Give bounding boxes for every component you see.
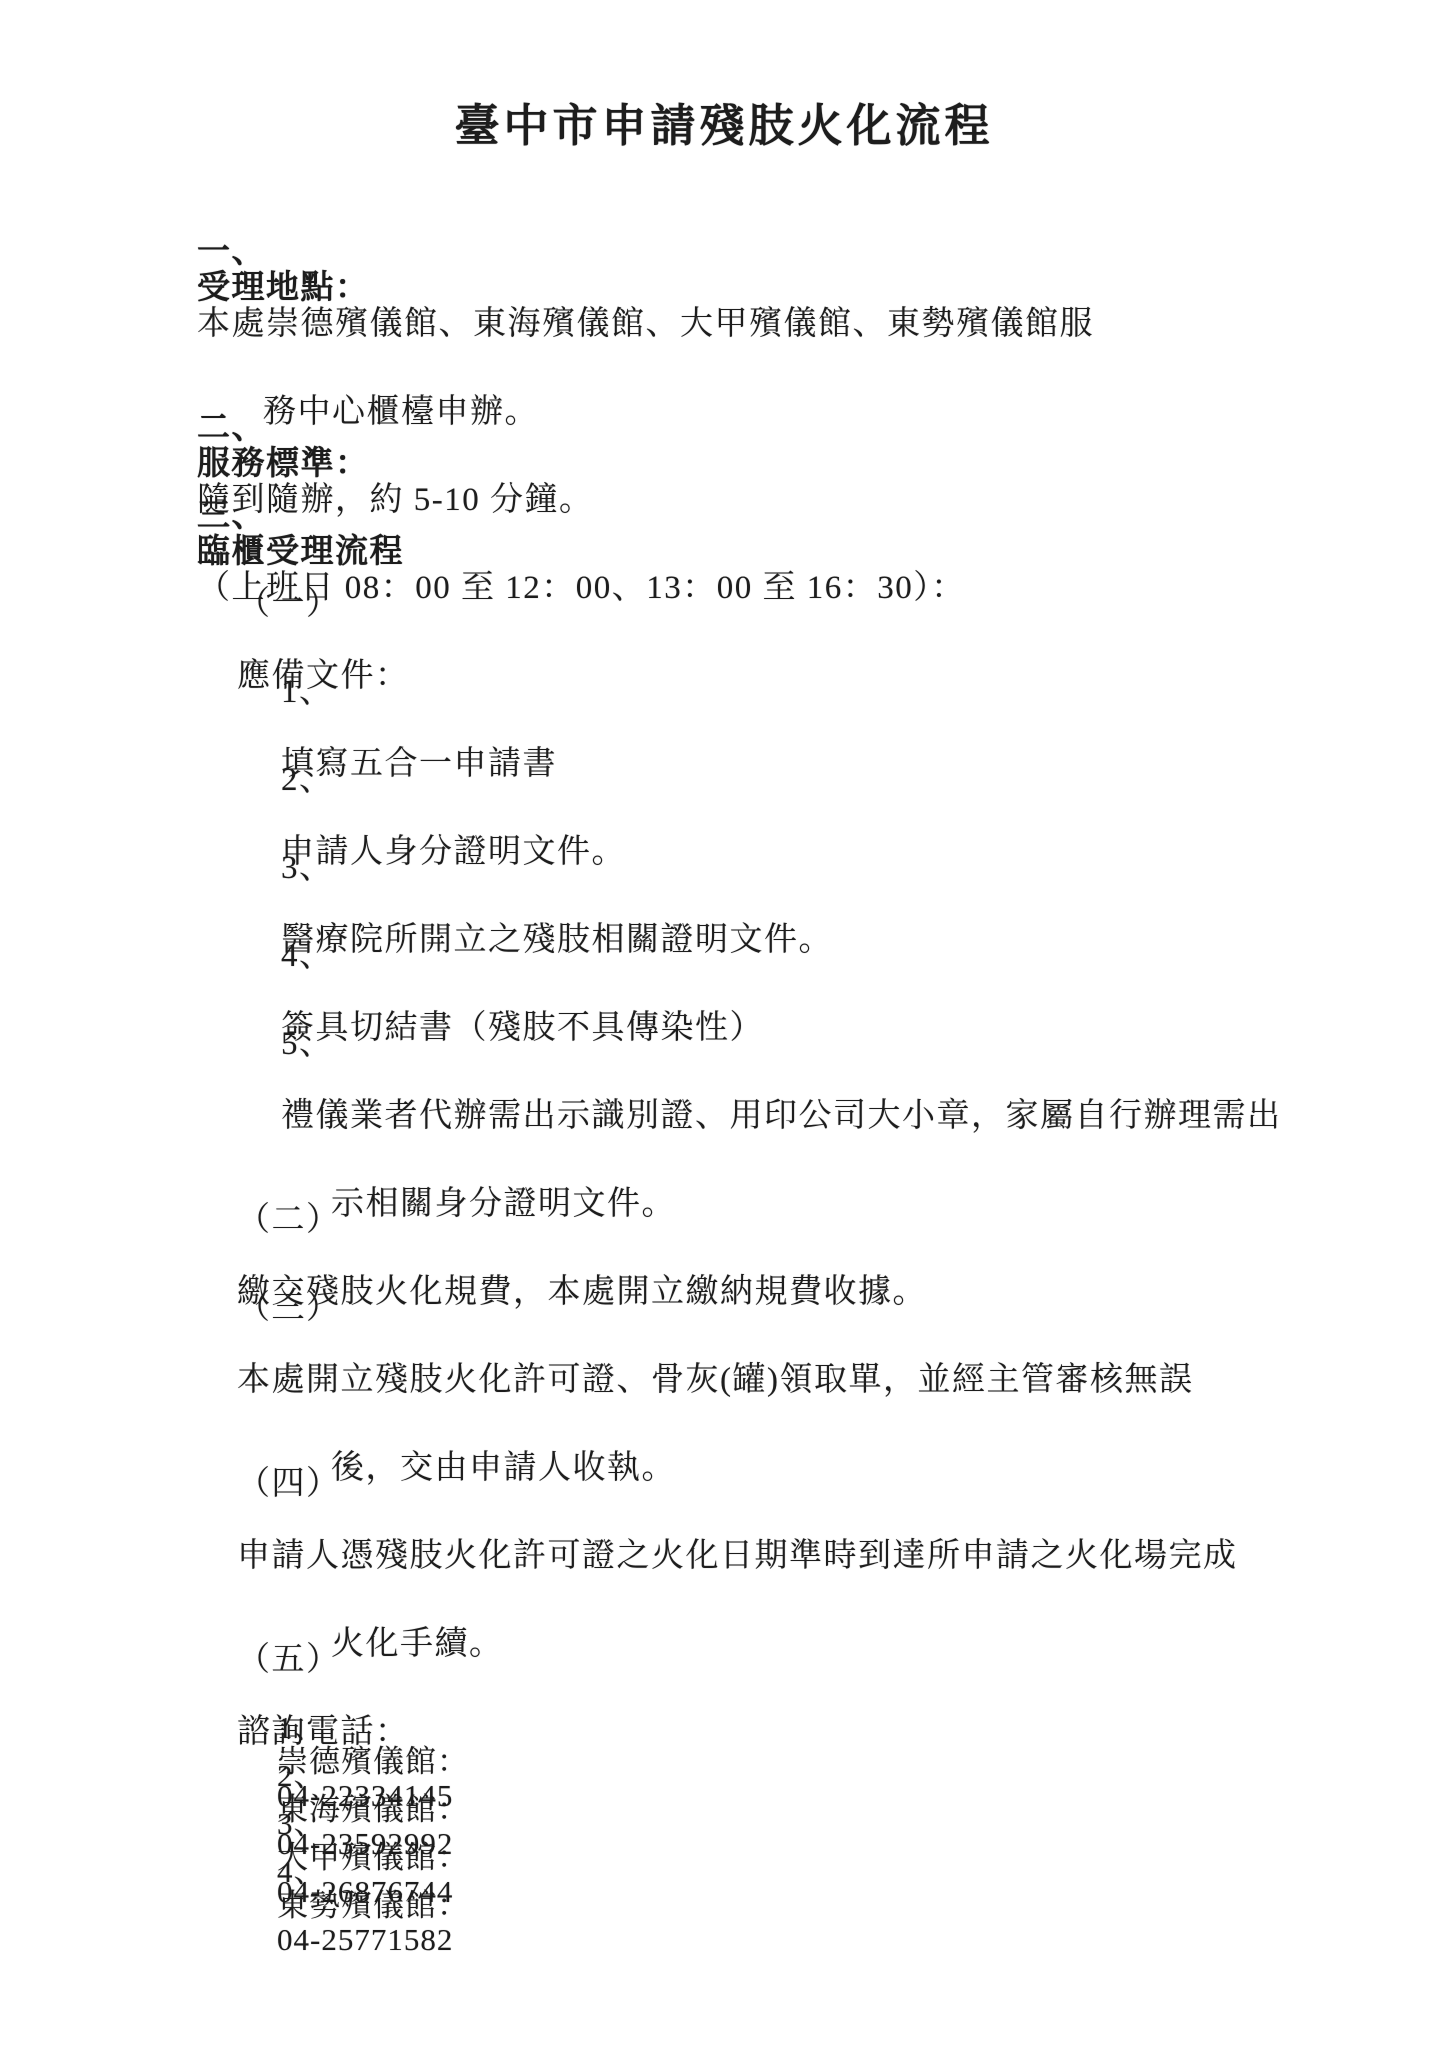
line-marker: 三、 [197, 498, 266, 534]
document-line: 一、 受理地點： 本處崇德殯儀館、東海殯儀館、大甲殯儀館、東勢殯儀館服 [0, 198, 1448, 234]
line-text: 禮儀業者代辦需出示識別證、用印公司大小章，家屬自行辦理需出 [281, 1098, 1282, 1134]
line-marker: 5、 [281, 1026, 334, 1062]
line-label: 東勢殯儀館： [277, 1888, 469, 1923]
line-text: 簽具切結書（殘肢不具傳染性） [281, 1010, 764, 1046]
line-marker: 2、 [281, 762, 334, 798]
line-marker: 3、 [281, 850, 334, 886]
document-title: 臺中市申請殘肢火化流程 [0, 102, 1448, 150]
document-body: 一、 受理地點： 本處崇德殯儀館、東海殯儀館、大甲殯儀館、東勢殯儀館服 務中心櫃… [0, 198, 1448, 1855]
line-text: 醫療院所開立之殘肢相關證明文件。 [281, 922, 833, 958]
line-label: 服務標準： [197, 446, 370, 482]
document-line: 4、 東勢殯儀館： 04-25771582 [0, 1821, 1448, 1855]
line-marker: （二） [237, 1202, 341, 1238]
line-text: 04-25771582 [277, 1922, 453, 1957]
line-text: 本處崇德殯儀館、東海殯儀館、大甲殯儀館、東勢殯儀館服 [197, 306, 1094, 342]
document-line: 3、 醫療院所開立之殘肢相關證明文件。 [0, 814, 1448, 850]
document-line: （四） 申請人憑殘肢火化許可證之火化日期準時到達所申請之火化場完成 [0, 1430, 1448, 1466]
line-marker: 3、 [277, 1806, 326, 1841]
line-marker: （四） [237, 1466, 341, 1502]
line-text: 後，交由申請人收執。 [331, 1450, 676, 1486]
document-line: 2、 申請人身分證明文件。 [0, 726, 1448, 762]
line-marker: （五） [237, 1642, 341, 1678]
line-marker: 2、 [277, 1758, 326, 1793]
line-text: 示相關身分證明文件。 [331, 1186, 676, 1222]
line-marker: 1、 [277, 1710, 326, 1745]
line-label: 臨櫃受理流程 [197, 534, 404, 570]
line-marker: 1、 [281, 674, 334, 710]
line-marker: 4、 [277, 1854, 326, 1889]
line-text: 申請人憑殘肢火化許可證之火化日期準時到達所申請之火化場完成 [237, 1538, 1238, 1574]
document-line: （五） 諮詢電話： [0, 1606, 1448, 1642]
line-marker: （一） [237, 586, 341, 622]
line-marker: 一、 [197, 234, 266, 270]
line-text: 務中心櫃檯申辦。 [263, 394, 539, 430]
document-line: （二） 繳交殘肢火化規費，本處開立繳納規費收據。 [0, 1166, 1448, 1202]
document-line: 二、 服務標準： 隨到隨辦，約 5-10 分鐘。 [0, 374, 1448, 410]
line-text: 火化手續。 [331, 1626, 504, 1662]
line-marker: 4、 [281, 938, 334, 974]
document-page: 臺中市申請殘肢火化流程 一、 受理地點： 本處崇德殯儀館、東海殯儀館、大甲殯儀館… [0, 0, 1448, 2048]
line-marker: 二、 [197, 410, 266, 446]
line-marker: （三） [237, 1290, 341, 1326]
line-label: 受理地點： [197, 270, 370, 306]
line-text: 本處開立殘肢火化許可證、骨灰(罐)領取單，並經主管審核無誤 [237, 1362, 1193, 1398]
